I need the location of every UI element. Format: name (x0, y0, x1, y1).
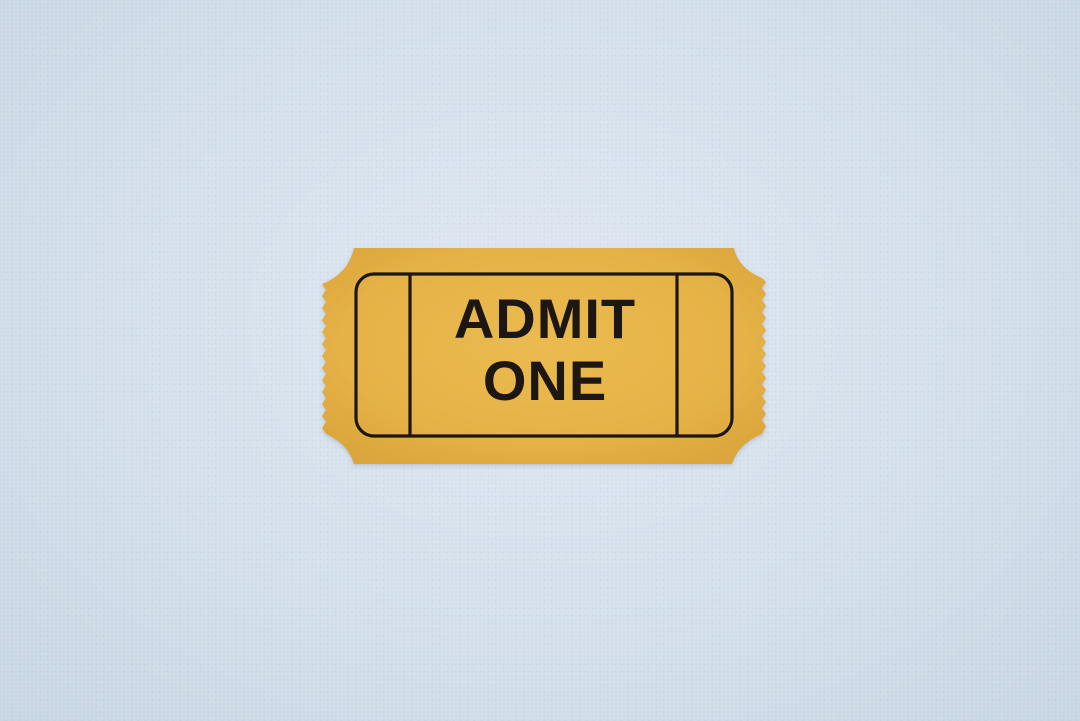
ticket-line-admit: ADMIT (414, 288, 676, 350)
ticket-text: ADMIT ONE (414, 288, 676, 412)
ticket-line-one: ONE (414, 350, 676, 412)
admit-one-ticket: ADMIT ONE (318, 244, 770, 470)
